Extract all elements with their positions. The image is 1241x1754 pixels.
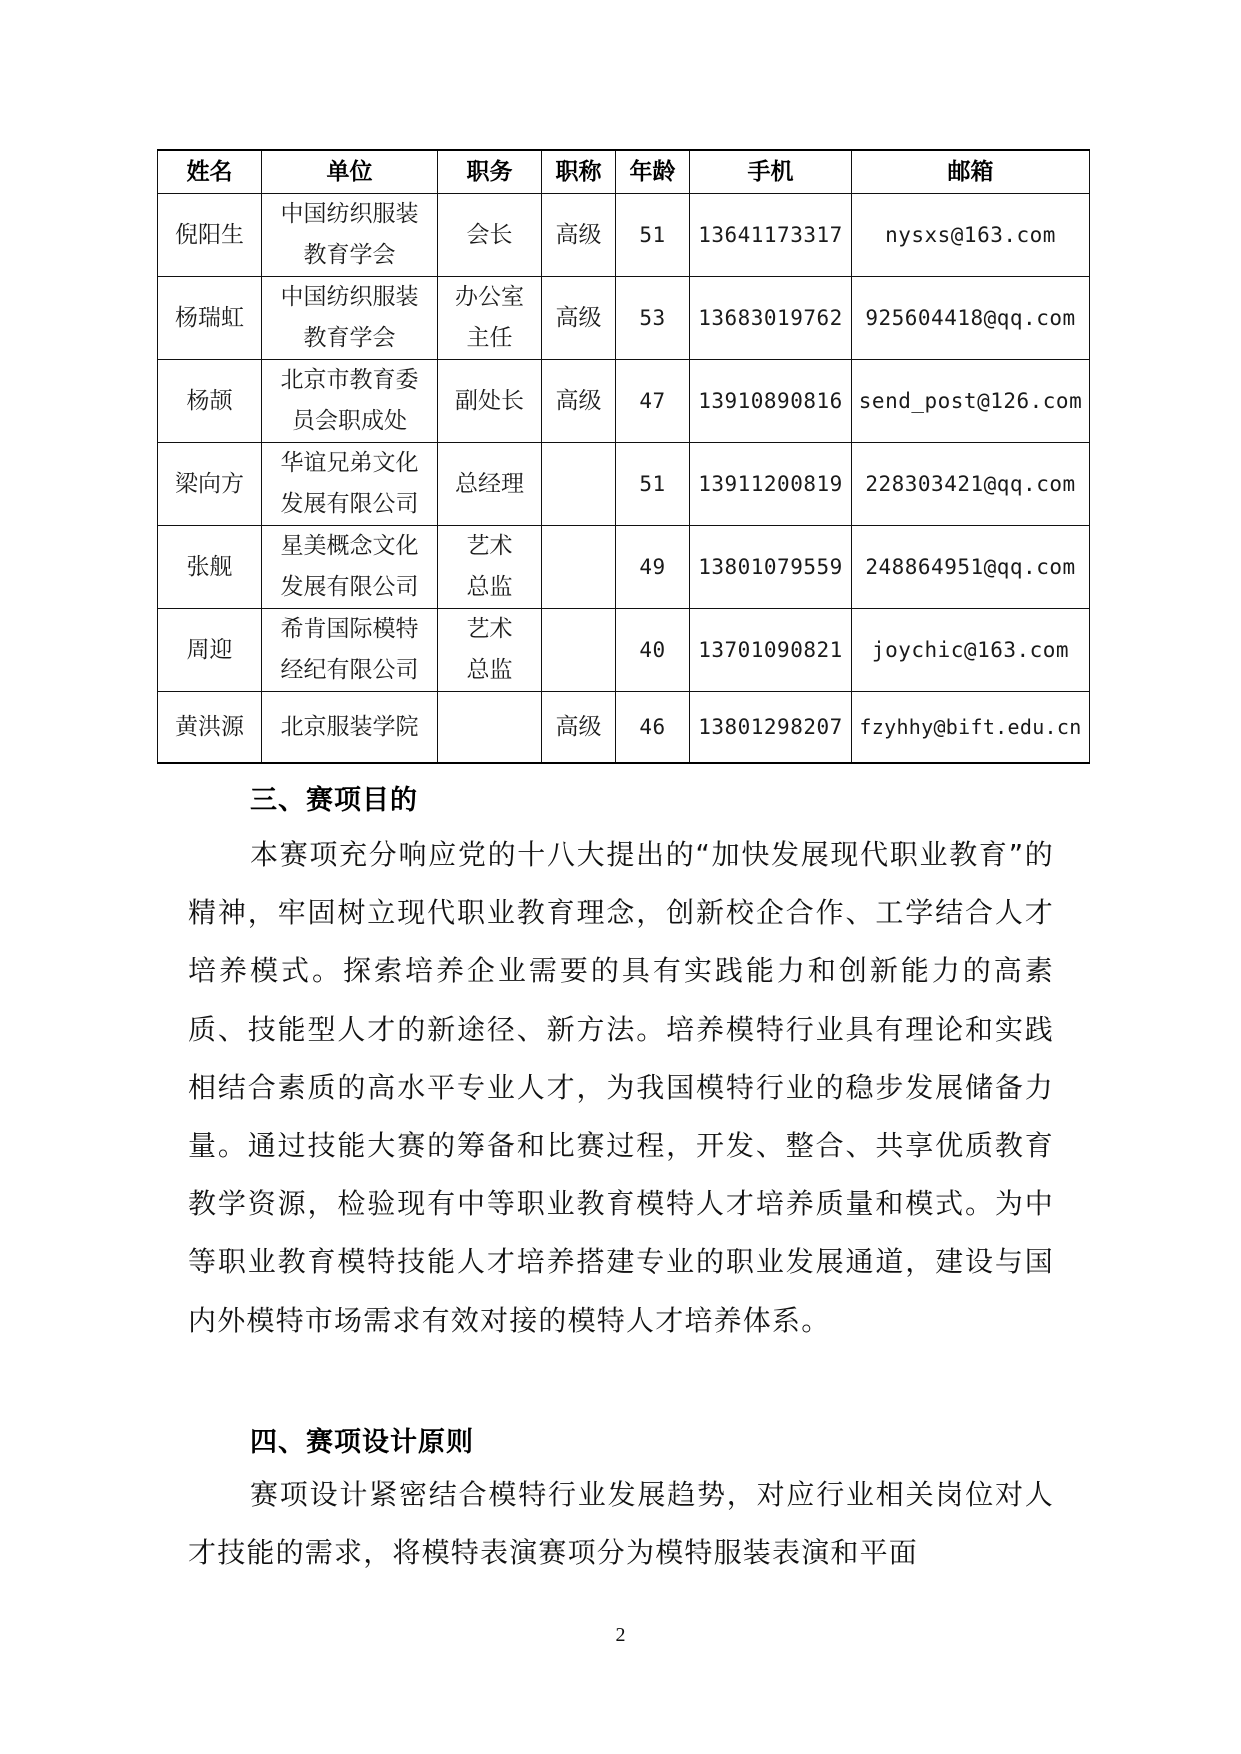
cell-name: 倪阳生 <box>158 194 262 277</box>
cell-position: 艺术总监 <box>438 526 542 609</box>
table-row: 周迎 希肯国际模特经纪有限公司 艺术总监 40 13701090821 joyc… <box>158 609 1090 692</box>
unit-line: 教育学会 <box>262 318 437 359</box>
header-unit: 单位 <box>262 150 438 194</box>
cell-age: 51 <box>616 443 690 526</box>
cell-email: 228303421@qq.com <box>852 443 1090 526</box>
position-line: 总经理 <box>438 464 541 505</box>
position-line: 主任 <box>438 318 541 359</box>
expert-roster-table: 姓名 单位 职务 职称 年龄 手机 邮箱 倪阳生 中国纺织服装教育学会 会长 高… <box>157 149 1090 764</box>
document-page: 姓名 单位 职务 职称 年龄 手机 邮箱 倪阳生 中国纺织服装教育学会 会长 高… <box>0 0 1241 1754</box>
header-position: 职务 <box>438 150 542 194</box>
cell-age: 53 <box>616 277 690 360</box>
table-row: 张舰 星美概念文化发展有限公司 艺术总监 49 13801079559 2488… <box>158 526 1090 609</box>
cell-email: 248864951@qq.com <box>852 526 1090 609</box>
cell-unit: 北京服装学院 <box>262 692 438 764</box>
cell-age: 46 <box>616 692 690 764</box>
unit-line: 华谊兄弟文化 <box>262 443 437 484</box>
table-row: 杨颉 北京市教育委员会职成处 副处长 高级 47 13910890816 sen… <box>158 360 1090 443</box>
table-row: 杨瑞虹 中国纺织服装教育学会 办公室主任 高级 53 13683019762 9… <box>158 277 1090 360</box>
cell-unit: 华谊兄弟文化发展有限公司 <box>262 443 438 526</box>
cell-position: 总经理 <box>438 443 542 526</box>
cell-age: 51 <box>616 194 690 277</box>
cell-phone: 13641173317 <box>690 194 852 277</box>
position-line: 艺术 <box>438 526 541 567</box>
cell-title <box>542 526 616 609</box>
table-row: 梁向方 华谊兄弟文化发展有限公司 总经理 51 13911200819 2283… <box>158 443 1090 526</box>
header-title: 职称 <box>542 150 616 194</box>
cell-email: nysxs@163.com <box>852 194 1090 277</box>
cell-email: send_post@126.com <box>852 360 1090 443</box>
header-name: 姓名 <box>158 150 262 194</box>
cell-title <box>542 443 616 526</box>
table-row: 黄洪源 北京服装学院 高级 46 13801298207 fzyhhy@bift… <box>158 692 1090 764</box>
section-paragraph-purpose: 本赛项充分响应党的十八大提出的“加快发展现代职业教育”的精神，牢固树立现代职业教… <box>188 826 1054 1350</box>
cell-unit: 中国纺织服装教育学会 <box>262 194 438 277</box>
table-row: 倪阳生 中国纺织服装教育学会 会长 高级 51 13641173317 nysx… <box>158 194 1090 277</box>
unit-line: 发展有限公司 <box>262 567 437 608</box>
cell-name: 杨瑞虹 <box>158 277 262 360</box>
unit-line: 发展有限公司 <box>262 484 437 525</box>
cell-title: 高级 <box>542 277 616 360</box>
cell-name: 杨颉 <box>158 360 262 443</box>
unit-line: 教育学会 <box>262 235 437 276</box>
unit-line: 希肯国际模特 <box>262 609 437 650</box>
header-age: 年龄 <box>616 150 690 194</box>
section-paragraph-design-principles: 赛项设计紧密结合模特行业发展趋势，对应行业相关岗位对人才技能的需求，将模特表演赛… <box>188 1466 1054 1582</box>
cell-unit: 希肯国际模特经纪有限公司 <box>262 609 438 692</box>
cell-position: 副处长 <box>438 360 542 443</box>
unit-line: 北京市教育委 <box>262 360 437 401</box>
position-line: 总监 <box>438 650 541 691</box>
header-email: 邮箱 <box>852 150 1090 194</box>
position-line: 副处长 <box>438 381 541 422</box>
position-line: 总监 <box>438 567 541 608</box>
table-header-row: 姓名 单位 职务 职称 年龄 手机 邮箱 <box>158 150 1090 194</box>
cell-title <box>542 609 616 692</box>
position-line: 办公室 <box>438 277 541 318</box>
cell-title: 高级 <box>542 194 616 277</box>
cell-position: 会长 <box>438 194 542 277</box>
unit-line: 星美概念文化 <box>262 526 437 567</box>
unit-line: 中国纺织服装 <box>262 194 437 235</box>
section-heading-purpose: 三、赛项目的 <box>250 778 418 817</box>
cell-unit: 星美概念文化发展有限公司 <box>262 526 438 609</box>
cell-email: 925604418@qq.com <box>852 277 1090 360</box>
position-line: 会长 <box>438 215 541 256</box>
cell-age: 40 <box>616 609 690 692</box>
unit-line: 员会职成处 <box>262 401 437 442</box>
cell-phone: 13910890816 <box>690 360 852 443</box>
cell-unit: 中国纺织服装教育学会 <box>262 277 438 360</box>
cell-email: joychic@163.com <box>852 609 1090 692</box>
cell-phone: 13801079559 <box>690 526 852 609</box>
cell-position: 办公室主任 <box>438 277 542 360</box>
cell-age: 49 <box>616 526 690 609</box>
section-heading-design-principles: 四、赛项设计原则 <box>250 1420 474 1459</box>
cell-name: 张舰 <box>158 526 262 609</box>
cell-name: 黄洪源 <box>158 692 262 764</box>
cell-age: 47 <box>616 360 690 443</box>
cell-phone: 13801298207 <box>690 692 852 764</box>
cell-phone: 13911200819 <box>690 443 852 526</box>
cell-title: 高级 <box>542 692 616 764</box>
unit-line: 经纪有限公司 <box>262 650 437 691</box>
cell-email: fzyhhy@bift.edu.cn <box>852 692 1090 764</box>
header-phone: 手机 <box>690 150 852 194</box>
cell-name: 梁向方 <box>158 443 262 526</box>
cell-title: 高级 <box>542 360 616 443</box>
cell-phone: 13701090821 <box>690 609 852 692</box>
unit-line: 中国纺织服装 <box>262 277 437 318</box>
cell-phone: 13683019762 <box>690 277 852 360</box>
cell-unit: 北京市教育委员会职成处 <box>262 360 438 443</box>
page-number: 2 <box>0 1624 1241 1647</box>
cell-position <box>438 692 542 764</box>
cell-name: 周迎 <box>158 609 262 692</box>
position-line: 艺术 <box>438 609 541 650</box>
cell-position: 艺术总监 <box>438 609 542 692</box>
